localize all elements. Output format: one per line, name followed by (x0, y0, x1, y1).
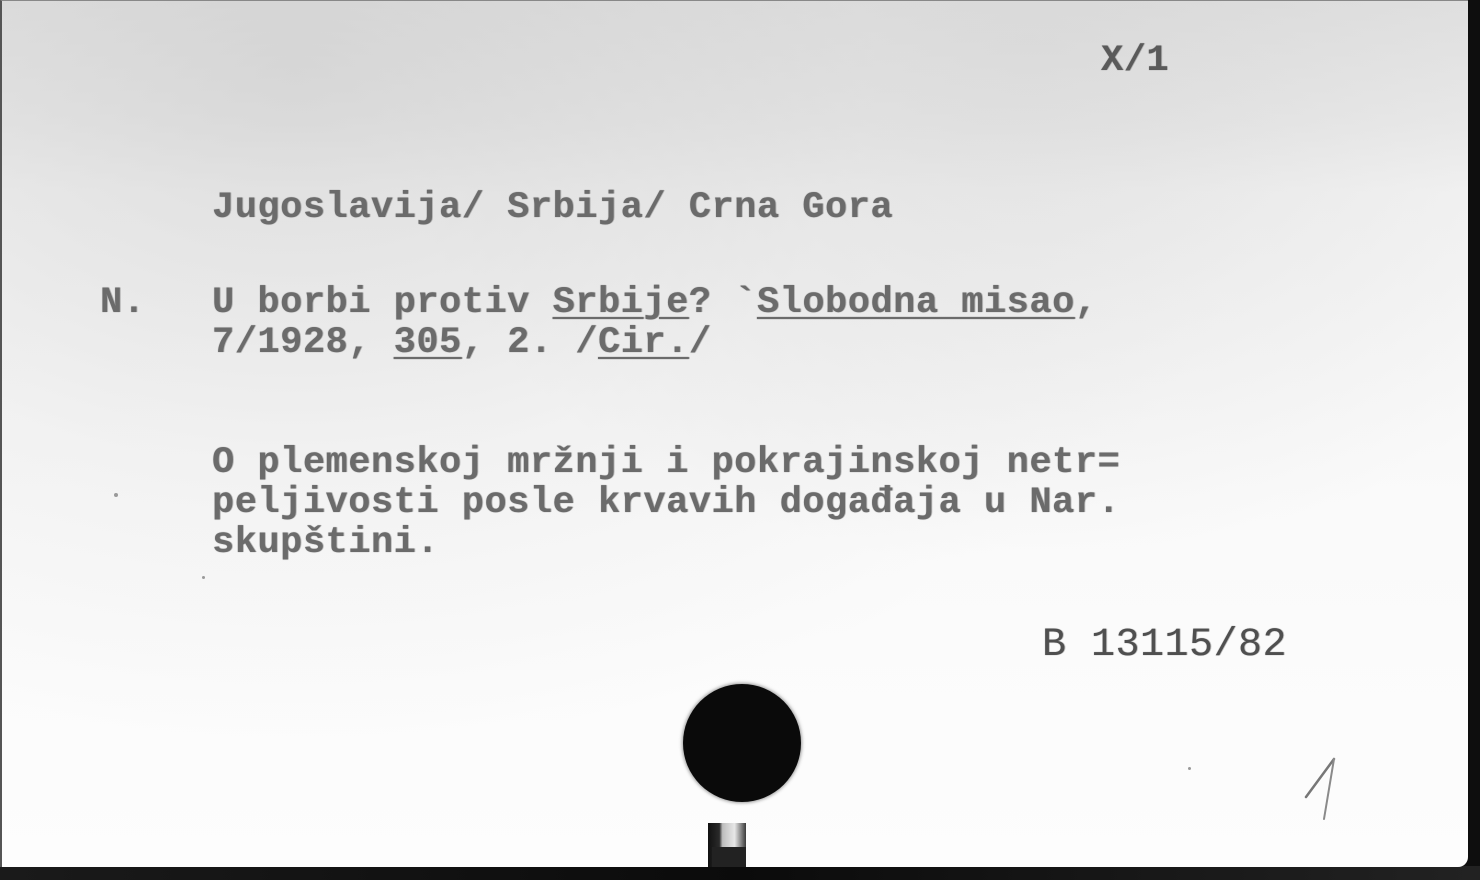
journal-suffix: , (1075, 282, 1098, 324)
entry-title: U borbi protiv (212, 282, 553, 324)
journal-name: Slobodna misao (757, 282, 1075, 324)
card-rod-base (712, 847, 746, 867)
handwritten-one-mark (1302, 749, 1342, 829)
entry-title-line: U borbi protiv Srbije? `Slobodna misao, (212, 283, 1098, 323)
volume-suffix: , 2. (462, 322, 576, 364)
punch-hole (683, 684, 801, 802)
script-note-close: / (689, 322, 712, 364)
entry-citation-line: 7/1928, 305, 2. /Cir./ (212, 323, 712, 363)
speck (202, 576, 205, 579)
call-number: B 13115/82 (1042, 626, 1287, 666)
volume: 305 (394, 322, 462, 364)
speck (1188, 767, 1191, 770)
annotation-line-2: peljivosti posle krvavih događaja u Nar. (212, 483, 1120, 523)
annotation-line-3: skupštini. (212, 523, 439, 563)
journal-prefix: ` (734, 282, 757, 324)
entry-marker: N. (100, 283, 145, 323)
speck (114, 493, 118, 497)
card-edge-right (1466, 0, 1480, 880)
script-note: Cir. (598, 322, 689, 364)
annotation-line-1: O plemenskoj mržnji i pokrajinskoj netr= (212, 443, 1120, 483)
entry-title-end: ? (689, 282, 734, 324)
script-note-open: / (575, 322, 598, 364)
shelf-mark: X/1 (1101, 41, 1169, 81)
subject-heading: Jugoslavija/ Srbija/ Crna Gora (212, 188, 893, 228)
issue: 7/1928, (212, 322, 394, 364)
entry-title-underlined: Srbije (553, 282, 689, 324)
catalog-card: X/1 Jugoslavija/ Srbija/ Crna Gora N. U … (0, 0, 1468, 867)
card-edge-bottom (0, 866, 1480, 880)
